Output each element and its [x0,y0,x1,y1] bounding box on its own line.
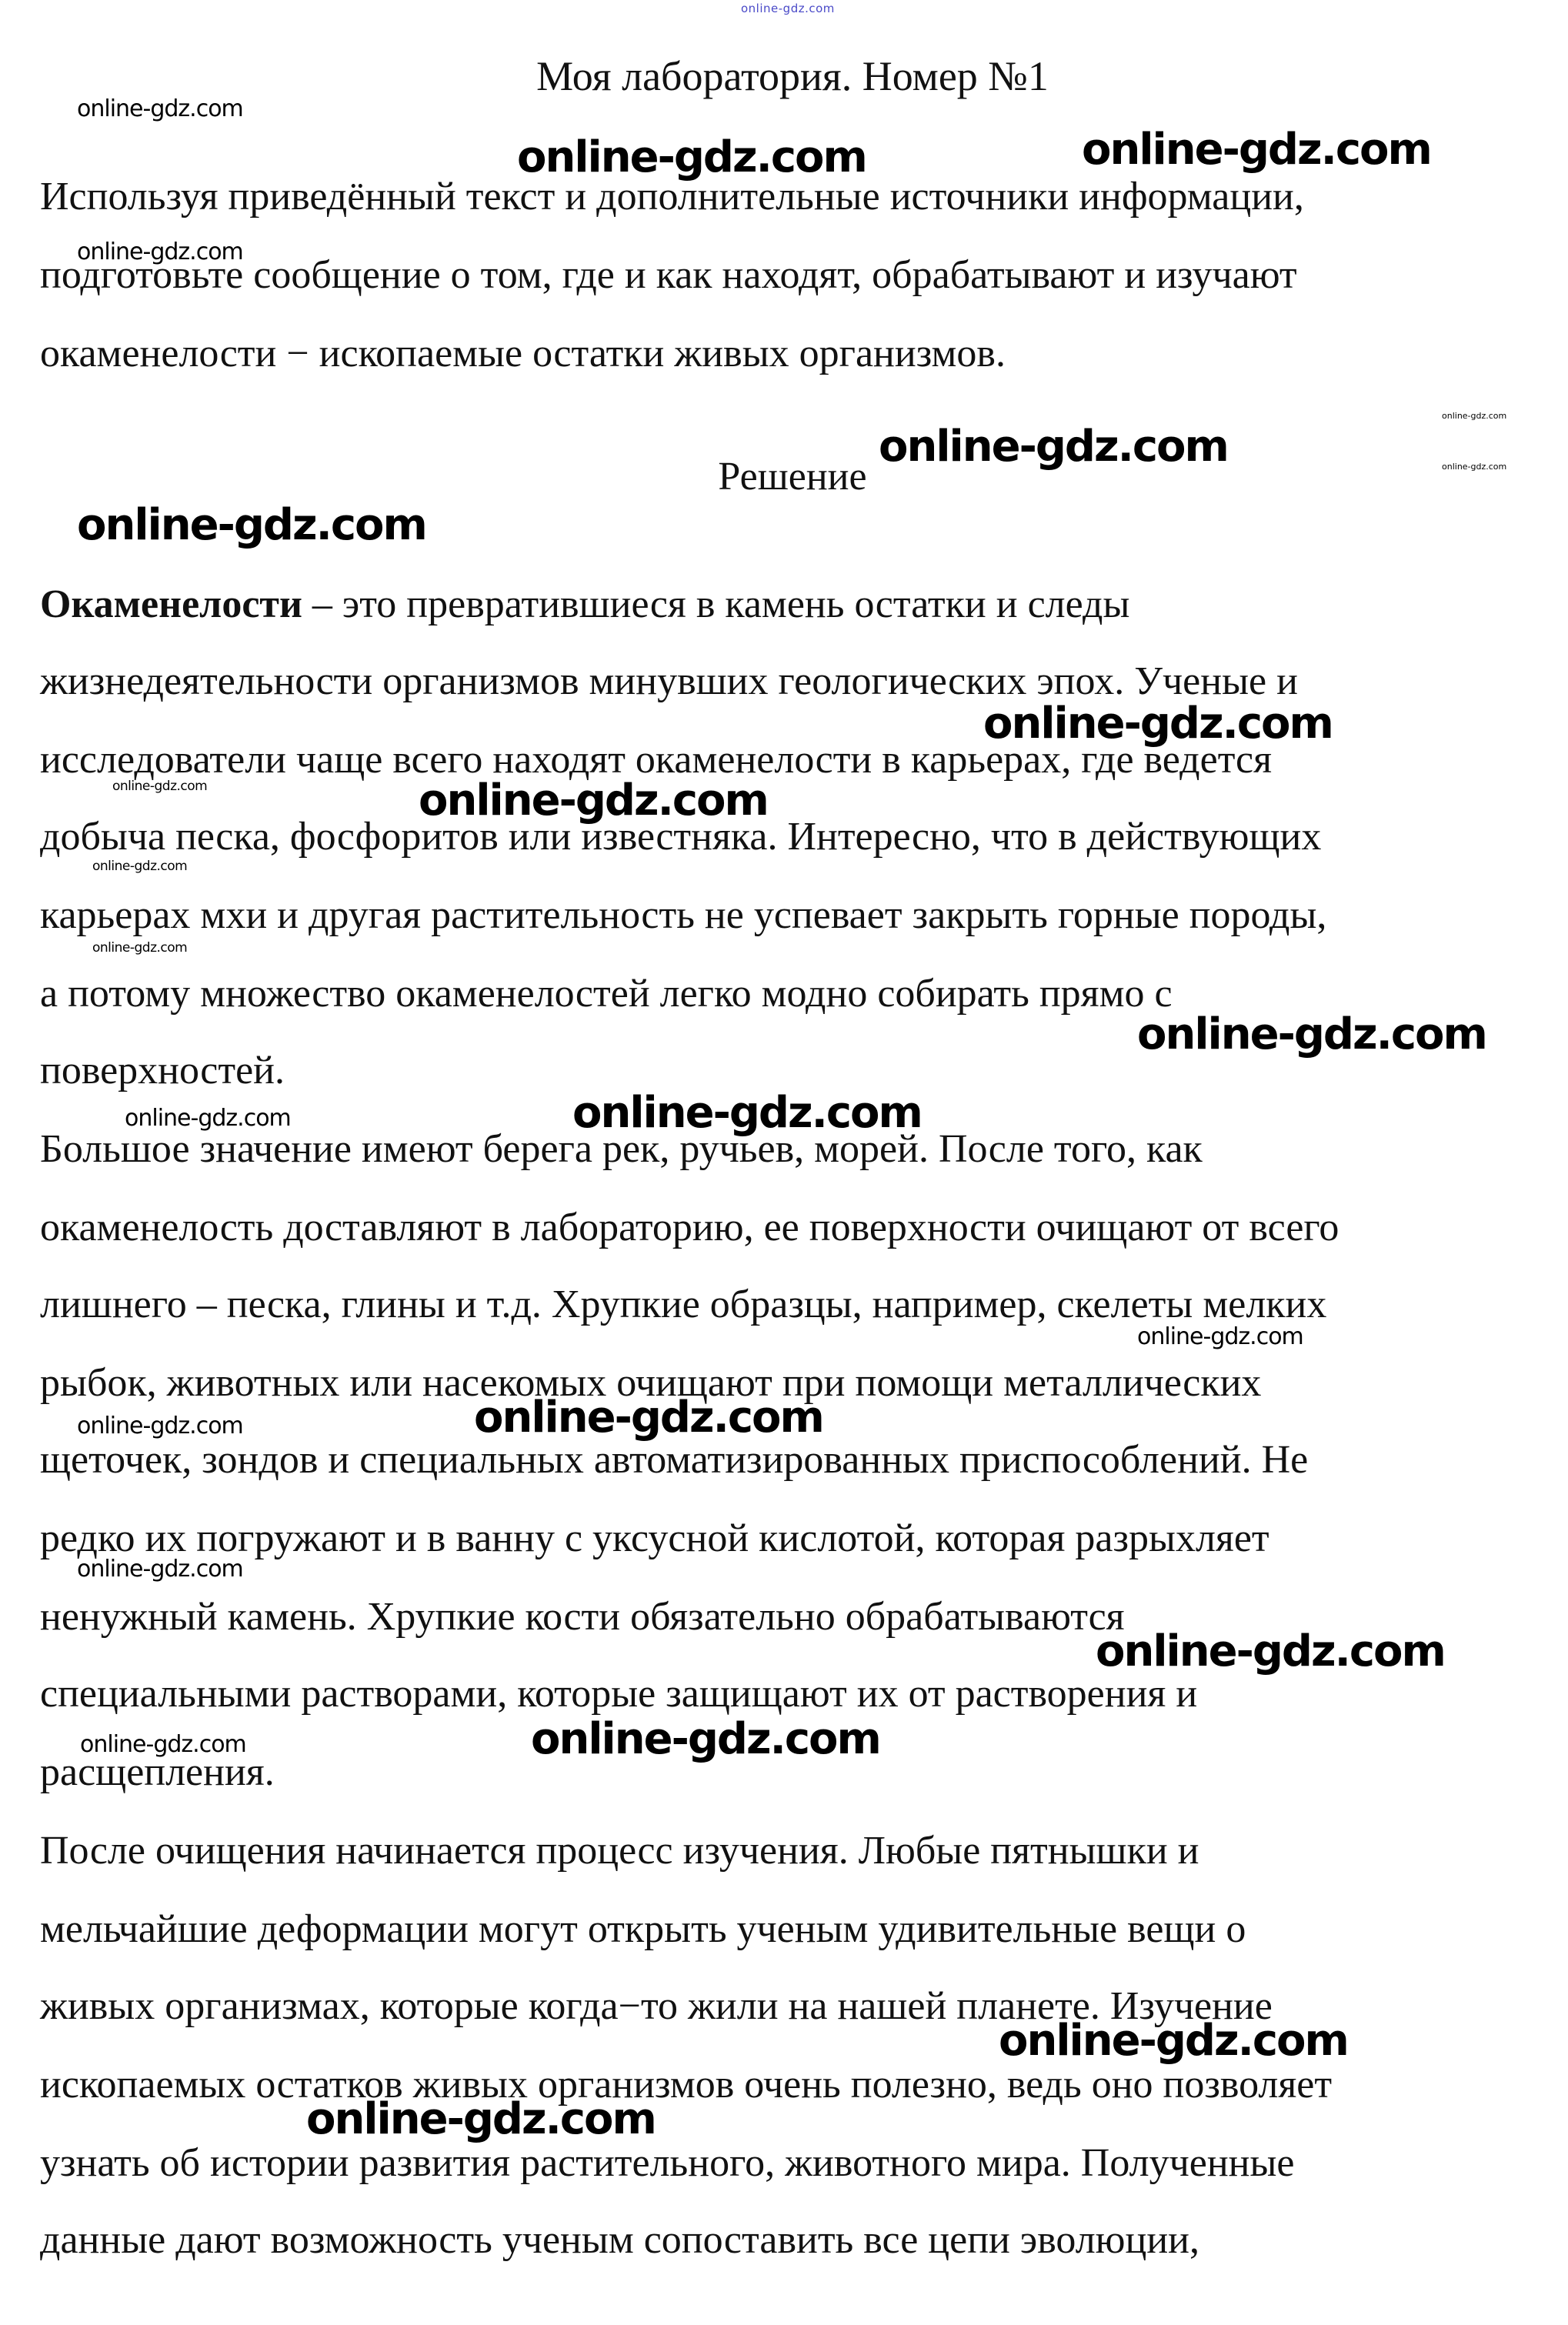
solution-line: данные дают возможность ученым сопостави… [40,2217,1199,2263]
watermark: online-gdz.com [77,1413,243,1439]
watermark: online-gdz.com [879,422,1228,472]
solution-line: карьерах мхи и другая растительность не … [40,892,1326,939]
watermark: online-gdz.com [999,2016,1348,2066]
solution-line: окаменелость доставляют в лабораторию, е… [40,1205,1339,1251]
term-bold: Окаменелости [40,582,302,626]
watermark: online-gdz.com [983,699,1333,749]
watermark: online-gdz.com [112,779,207,794]
solution-line: поверхностей. [40,1048,285,1094]
watermark: online-gdz.com [1442,411,1506,421]
top-watermark: online-gdz.com [741,2,835,15]
solution-line: ископаемых остатков живых организмов оче… [40,2062,1332,2108]
watermark: online-gdz.com [77,95,243,122]
watermark: online-gdz.com [1137,1009,1486,1059]
watermark: online-gdz.com [572,1088,922,1138]
watermark: online-gdz.com [1442,462,1506,472]
solution-heading: Решение [0,454,1568,499]
watermark: online-gdz.com [92,859,187,874]
watermark: online-gdz.com [1137,1323,1303,1350]
watermark: online-gdz.com [92,940,187,956]
solution-line: ненужный камень. Хрупкие кости обязатель… [40,1594,1125,1640]
watermark: online-gdz.com [517,132,866,182]
solution-line: узнать об истории развития растительного… [40,2140,1295,2187]
solution-line: лишнего – песка, глины и т.д. Хрупкие об… [40,1282,1326,1328]
document-page: online-gdz.com Моя лаборатория. Номер №1… [0,0,1568,2325]
solution-line: специальными растворами, которые защищаю… [40,1671,1197,1717]
solution-line: щеточек, зондов и специальных автоматизи… [40,1437,1308,1483]
solution-line: жизнедеятельности организмов минувших ге… [40,659,1298,705]
solution-line: Окаменелости – это превратившиеся в каме… [40,582,1129,628]
solution-line: мельчайшие деформации могут открыть учен… [40,1906,1246,1953]
watermark: online-gdz.com [1096,1626,1445,1676]
term-definition: – это превратившиеся в камень остатки и … [302,582,1129,626]
solution-line: После очищения начинается процесс изучен… [40,1828,1199,1874]
watermark: online-gdz.com [77,239,243,265]
solution-line: а потому множество окаменелостей легко м… [40,971,1173,1017]
watermark: online-gdz.com [77,1556,243,1583]
watermark: online-gdz.com [419,776,768,826]
task-line: окаменелости − ископаемые остатки живых … [40,331,1006,377]
watermark: online-gdz.com [306,2094,656,2144]
watermark: online-gdz.com [474,1393,823,1443]
solution-line: редко их погружают и в ванну с уксусной … [40,1516,1269,1562]
watermark: online-gdz.com [1082,125,1431,175]
watermark: online-gdz.com [77,500,426,550]
watermark: online-gdz.com [80,1731,246,1758]
watermark: online-gdz.com [531,1714,880,1764]
page-title: Моя лаборатория. Номер №1 [0,52,1568,100]
watermark: online-gdz.com [125,1105,291,1132]
